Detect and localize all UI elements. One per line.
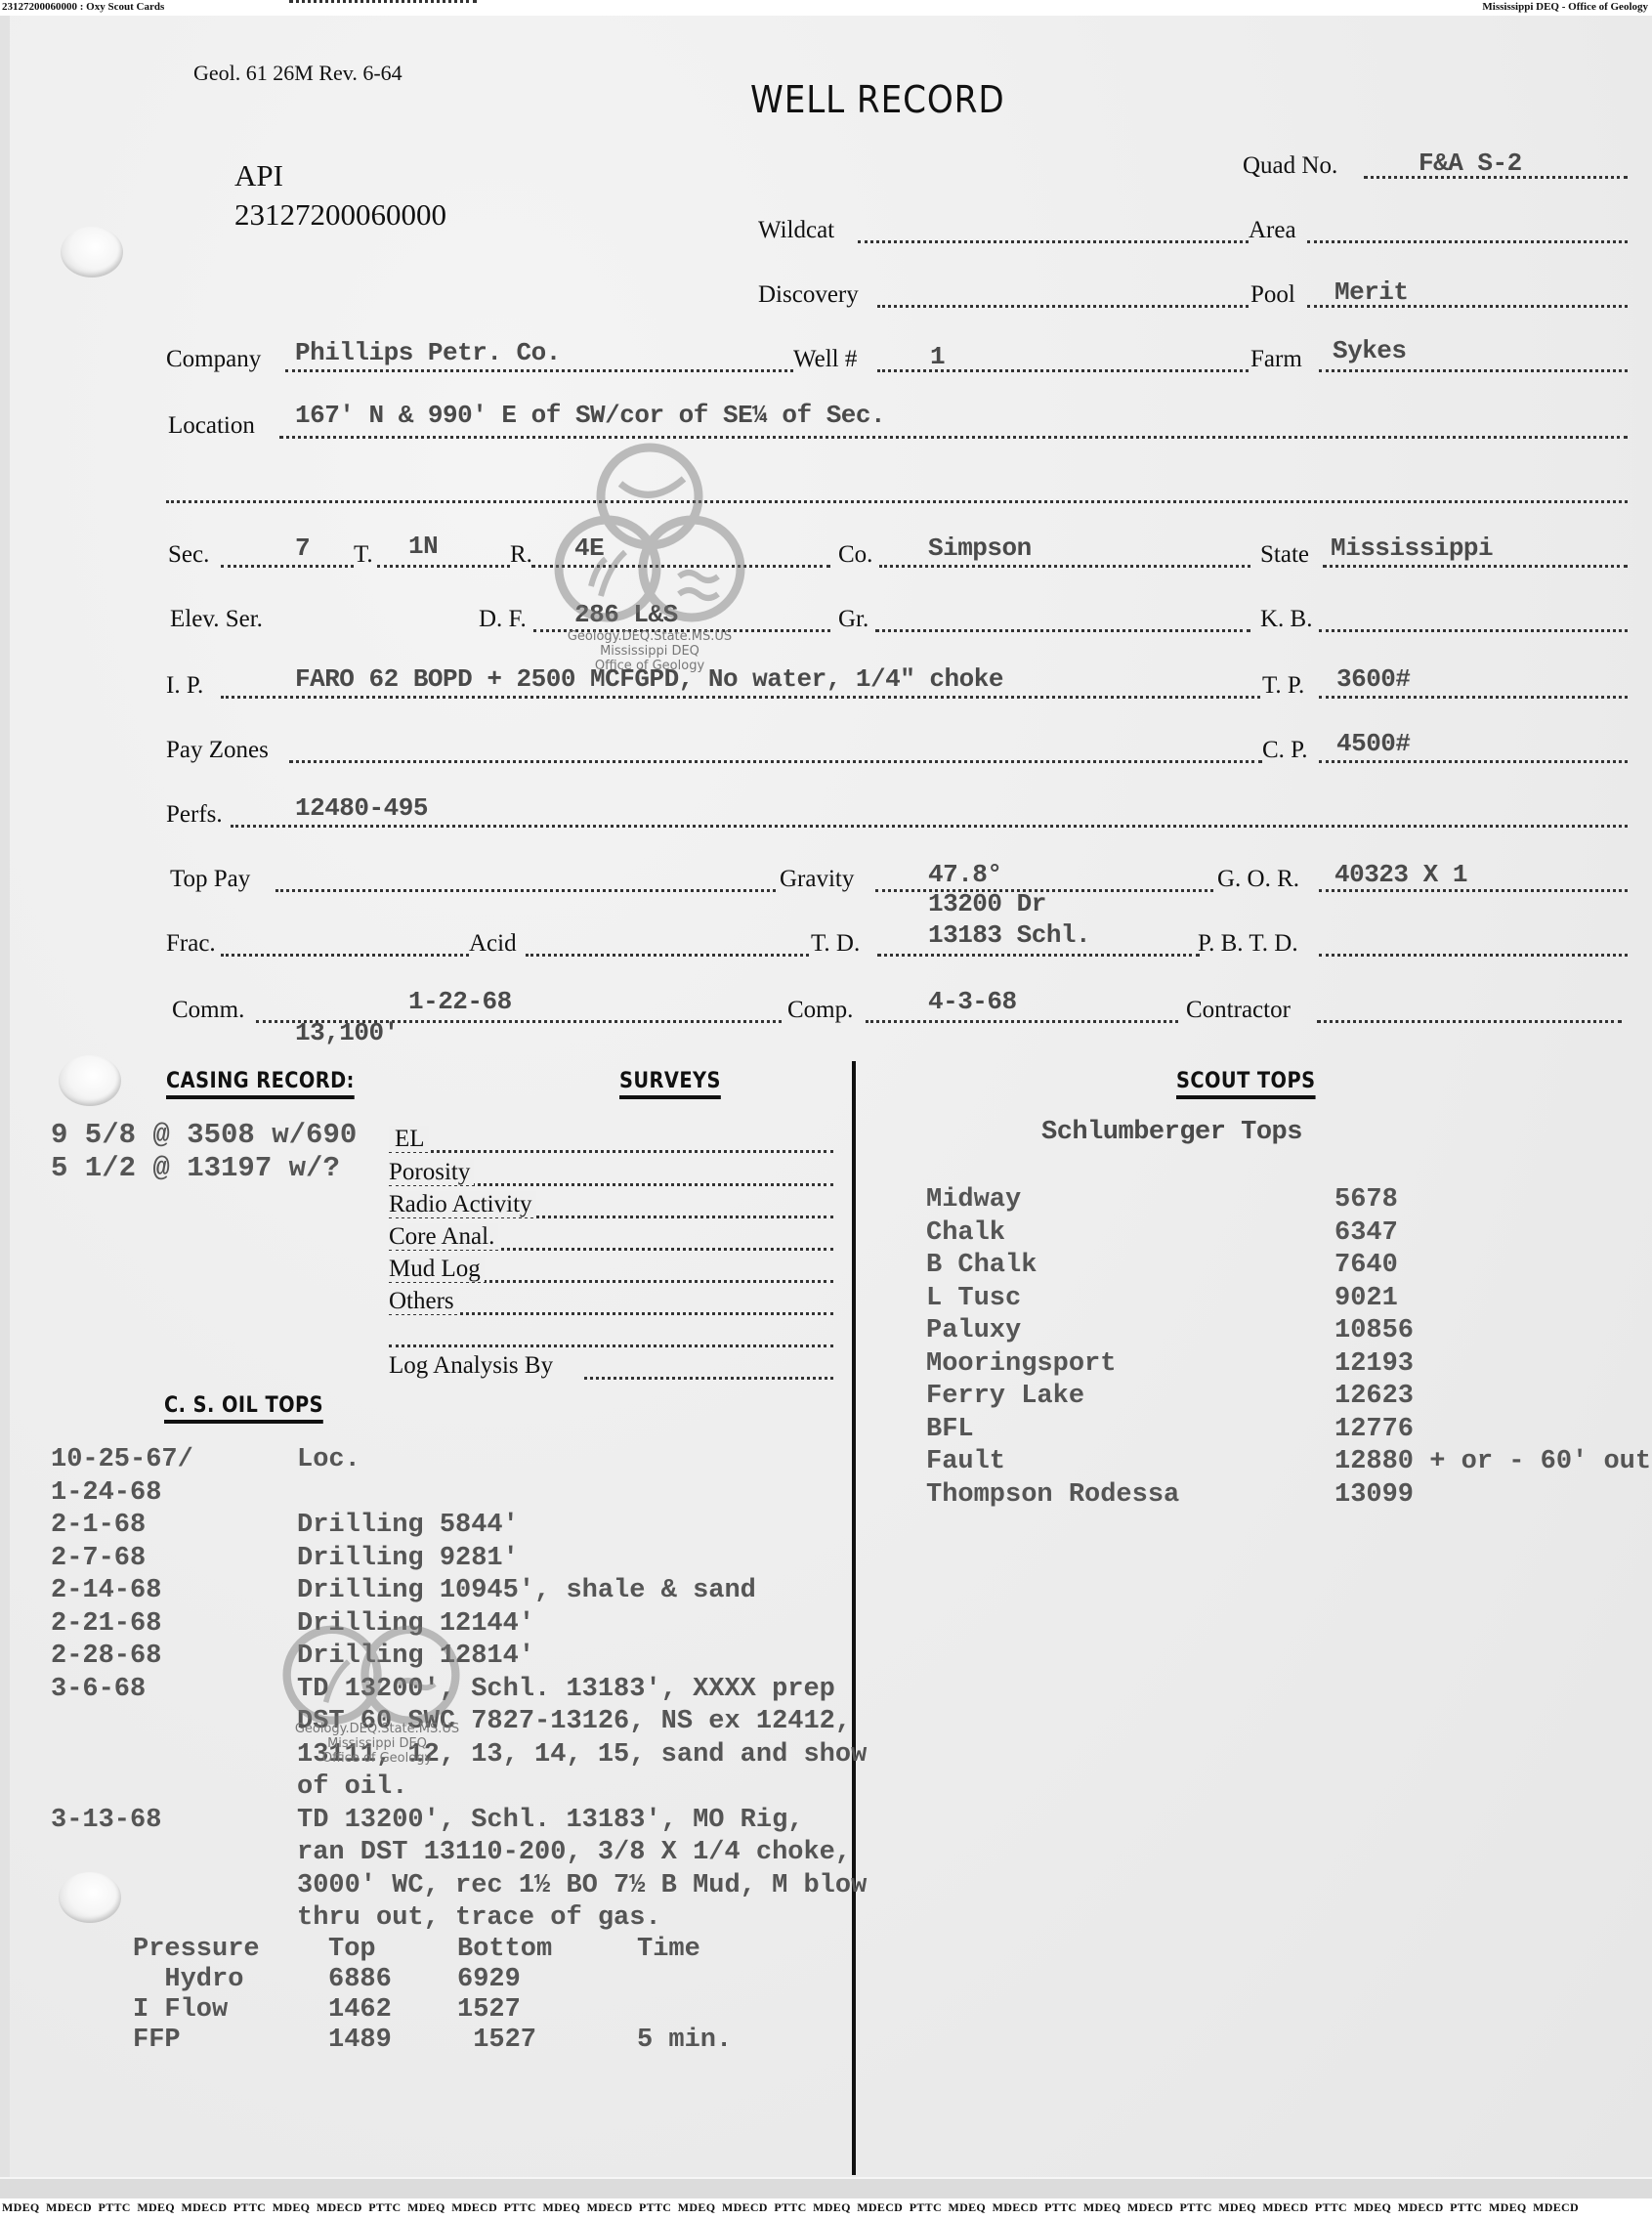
discovery-line bbox=[877, 305, 1249, 308]
table-row: 2-28-68Drilling 12814' bbox=[51, 1641, 922, 1674]
well-no-label: Well # bbox=[793, 346, 857, 373]
cp-value: 4500# bbox=[1336, 729, 1411, 758]
gr-label: Gr. bbox=[838, 606, 868, 633]
survey-core-anal: Core Anal. bbox=[389, 1223, 833, 1257]
table-row: DST 60 SWC 7827-13126, NS ex 12412, bbox=[51, 1706, 922, 1739]
tp-label: T. P. bbox=[1262, 672, 1304, 700]
list-item: Thompson Rodessa13099 bbox=[926, 1479, 1651, 1513]
survey-label: Others bbox=[389, 1288, 458, 1314]
api-number: 23127200060000 bbox=[234, 197, 446, 233]
location-line bbox=[279, 436, 1628, 439]
township-label: T. bbox=[354, 541, 373, 569]
pool-value: Merit bbox=[1334, 277, 1409, 307]
township-line bbox=[377, 565, 510, 568]
survey-log-analysis-by: Log Analysis By bbox=[389, 1352, 833, 1386]
pbtd-line bbox=[1319, 954, 1628, 957]
sec-label: Sec. bbox=[168, 541, 209, 569]
casing-line: 9 5/8 @ 3508 w/690 bbox=[51, 1119, 357, 1152]
page-title: WELL RECORD bbox=[750, 78, 1005, 121]
pbtd-label: P. B. T. D. bbox=[1198, 930, 1298, 958]
list-item: Midway5678 bbox=[926, 1184, 1651, 1217]
survey-others: Others bbox=[389, 1288, 833, 1321]
farm-label: Farm bbox=[1250, 346, 1302, 373]
comp-line bbox=[866, 1020, 1178, 1023]
quad-no-label: Quad No. bbox=[1243, 152, 1337, 180]
table-row: FFP1489 15275 min. bbox=[133, 2026, 732, 2056]
perfs-value: 12480-495 bbox=[295, 793, 428, 823]
survey-radio-activity: Radio Activity bbox=[389, 1191, 833, 1224]
td-value-schlumberger: 13183 Schl. bbox=[928, 920, 1090, 950]
table-row: 2-1-68Drilling 5844' bbox=[51, 1510, 922, 1543]
survey-el: EL bbox=[389, 1126, 833, 1159]
comp-value: 4-3-68 bbox=[928, 987, 1017, 1016]
td-line bbox=[877, 954, 1200, 957]
table-row: Hydro68866929 bbox=[133, 1965, 732, 1995]
sec-value: 7 bbox=[295, 533, 310, 563]
well-no-value: 1 bbox=[930, 342, 945, 371]
pool-label: Pool bbox=[1250, 281, 1295, 309]
table-row: 1-24-68 bbox=[51, 1477, 922, 1511]
cp-label: C. P. bbox=[1262, 737, 1308, 764]
survey-label: Radio Activity bbox=[389, 1191, 536, 1217]
list-item: Paluxy10856 bbox=[926, 1315, 1651, 1348]
pressure-table: PressureTopBottomTime Hydro68866929 I Fl… bbox=[133, 1935, 732, 2056]
list-item: BFL12776 bbox=[926, 1414, 1651, 1447]
location-label: Location bbox=[168, 412, 255, 440]
township-value: 1N bbox=[408, 532, 438, 561]
list-item: B Chalk7640 bbox=[926, 1250, 1651, 1283]
state-value: Mississippi bbox=[1331, 533, 1493, 563]
perfs-label: Perfs. bbox=[166, 801, 223, 829]
contractor-line bbox=[1317, 1020, 1622, 1023]
tp-line bbox=[1319, 696, 1628, 699]
elev-ser-label: Elev. Ser. bbox=[170, 606, 263, 633]
company-value: Phillips Petr. Co. bbox=[295, 338, 561, 367]
pay-zones-label: Pay Zones bbox=[166, 737, 269, 764]
acid-label: Acid bbox=[469, 930, 517, 958]
table-row: 10-25-67/Loc. bbox=[51, 1444, 922, 1477]
state-label: State bbox=[1260, 541, 1309, 569]
location-value: 167' N & 990' E of SW/cor of SE¼ of Sec. bbox=[295, 401, 885, 430]
farm-line bbox=[1319, 369, 1628, 372]
table-row: 2-7-68Drilling 9281' bbox=[51, 1543, 922, 1576]
cs-oil-tops-heading: C. S. OIL TOPS bbox=[164, 1393, 323, 1424]
gravity-value: 47.8° bbox=[928, 860, 1002, 889]
survey-label: Log Analysis By bbox=[389, 1352, 557, 1379]
td-label: T. D. bbox=[811, 930, 860, 958]
table-row: 3-6-68TD 13200', Schl. 13183', XXXX prep bbox=[51, 1674, 922, 1707]
pay-zones-line bbox=[289, 760, 1262, 763]
list-item: Fault12880 + or - 60' out bbox=[926, 1446, 1651, 1479]
scout-tops-heading: SCOUT TOPS bbox=[1176, 1069, 1315, 1099]
cp-line bbox=[1319, 760, 1628, 763]
gor-label: G. O. R. bbox=[1217, 866, 1299, 893]
comp-label: Comp. bbox=[787, 997, 853, 1024]
sec-line bbox=[221, 565, 354, 568]
list-item: Ferry Lake12623 bbox=[926, 1381, 1651, 1414]
watermark-text: Geology.DEQ.State.MS.US Mississippi DEQ … bbox=[279, 1722, 475, 1766]
punch-hole-icon bbox=[61, 227, 123, 277]
elev-ser-line bbox=[289, 0, 477, 3]
farm-value: Sykes bbox=[1333, 336, 1407, 365]
gor-value: 40323 X 1 bbox=[1334, 860, 1467, 889]
list-item: Chalk6347 bbox=[926, 1217, 1651, 1251]
list-item: Mooringsport12193 bbox=[926, 1348, 1651, 1382]
wildcat-line bbox=[858, 240, 1249, 243]
comm-label: Comm. bbox=[172, 997, 244, 1024]
tp-value: 3600# bbox=[1336, 664, 1411, 694]
ip-line bbox=[221, 696, 1260, 699]
casing-record-list: 9 5/8 @ 3508 w/690 5 1/2 @ 13197 w/? bbox=[51, 1119, 357, 1185]
mdeq-logo-watermark-icon bbox=[547, 440, 752, 645]
kb-line bbox=[1319, 629, 1628, 632]
table-row: I Flow14621527 bbox=[133, 1995, 732, 2026]
scan-bottom-edge bbox=[0, 2177, 1652, 2198]
form-number: Geol. 61 26M Rev. 6-64 bbox=[193, 61, 402, 86]
frac-label: Frac. bbox=[166, 930, 216, 958]
survey-porosity: Porosity bbox=[389, 1159, 833, 1192]
table-row: of oil. bbox=[51, 1771, 922, 1805]
document-id-title: 23127200060000 : Oxy Scout Cards bbox=[2, 1, 164, 13]
td-value-driller: 13200 Dr bbox=[928, 889, 1046, 918]
county-value: Simpson bbox=[928, 533, 1032, 563]
comm-depth-note: 13,100' bbox=[295, 1018, 399, 1047]
survey-label: EL bbox=[389, 1126, 429, 1152]
paper-edge bbox=[0, 16, 10, 2197]
discovery-label: Discovery bbox=[758, 281, 859, 309]
gr-line bbox=[875, 629, 1250, 632]
api-label: API bbox=[234, 158, 283, 193]
wildcat-label: Wildcat bbox=[758, 217, 834, 244]
gor-line bbox=[1319, 889, 1628, 892]
acid-line bbox=[526, 954, 809, 957]
frac-line bbox=[221, 954, 469, 957]
area-line bbox=[1307, 240, 1628, 243]
survey-label: Core Anal. bbox=[389, 1223, 498, 1250]
company-label: Company bbox=[166, 346, 261, 373]
range-label: R. bbox=[510, 541, 532, 569]
gravity-label: Gravity bbox=[780, 866, 854, 893]
agency-title: Mississippi DEQ - Office of Geology bbox=[1482, 1, 1648, 13]
ip-label: I. P. bbox=[166, 672, 203, 700]
survey-blank-line bbox=[389, 1320, 833, 1353]
comm-value: 1-22-68 bbox=[408, 987, 512, 1016]
county-label: Co. bbox=[838, 541, 872, 569]
scout-tops-subheading: Schlumberger Tops bbox=[1041, 1118, 1302, 1147]
df-label: D. F. bbox=[479, 606, 527, 633]
contractor-label: Contractor bbox=[1186, 997, 1291, 1024]
table-row: ran DST 13110-200, 3/8 X 1/4 choke, bbox=[51, 1837, 922, 1870]
document-header-bar: 23127200060000 : Oxy Scout Cards Mississ… bbox=[0, 0, 1652, 16]
survey-label: Mud Log bbox=[389, 1256, 485, 1282]
casing-line: 5 1/2 @ 13197 w/? bbox=[51, 1152, 357, 1185]
footer-watermark-strip: MDEQ MDECD PTTC MDEQ MDECD PTTC MDEQ MDE… bbox=[0, 2200, 1652, 2219]
perfs-line bbox=[231, 825, 1628, 828]
kb-label: K. B. bbox=[1260, 606, 1312, 633]
casing-record-heading: CASING RECORD: bbox=[166, 1069, 355, 1099]
table-row: 2-21-68Drilling 12144' bbox=[51, 1608, 922, 1642]
table-row: 13111, 12, 13, 14, 15, sand and show bbox=[51, 1739, 922, 1772]
punch-hole-icon bbox=[59, 1055, 121, 1106]
top-pay-label: Top Pay bbox=[170, 866, 250, 893]
watermark-text: Geology.DEQ.State.MS.US Mississippi DEQ … bbox=[547, 629, 752, 673]
surveys-heading: SURVEYS bbox=[619, 1069, 721, 1099]
survey-label: Porosity bbox=[389, 1159, 474, 1185]
area-label: Area bbox=[1249, 217, 1296, 244]
location-line-2 bbox=[166, 500, 1628, 503]
state-line bbox=[1323, 565, 1628, 568]
company-line bbox=[285, 369, 793, 372]
list-item: L Tusc9021 bbox=[926, 1283, 1651, 1316]
cs-oil-tops-list: 10-25-67/Loc. 1-24-68 2-1-68Drilling 584… bbox=[51, 1444, 922, 1936]
top-pay-line bbox=[275, 889, 776, 892]
county-line bbox=[879, 565, 1250, 568]
table-row: 3-13-68TD 13200', Schl. 13183', MO Rig, bbox=[51, 1805, 922, 1838]
table-row: 2-14-68Drilling 10945', shale & sand bbox=[51, 1575, 922, 1608]
pressure-header-row: PressureTopBottomTime bbox=[133, 1935, 732, 1965]
quad-no-value: F&A S-2 bbox=[1419, 149, 1522, 178]
scout-tops-list: Midway5678 Chalk6347 B Chalk7640 L Tusc9… bbox=[926, 1184, 1651, 1512]
table-row: 3000' WC, rec 1½ BO 7½ B Mud, M blow bbox=[51, 1870, 922, 1903]
table-row: thru out, trace of gas. bbox=[51, 1902, 922, 1936]
survey-mud-log: Mud Log bbox=[389, 1256, 833, 1289]
mdeq-logo-watermark-icon bbox=[274, 1602, 469, 1729]
